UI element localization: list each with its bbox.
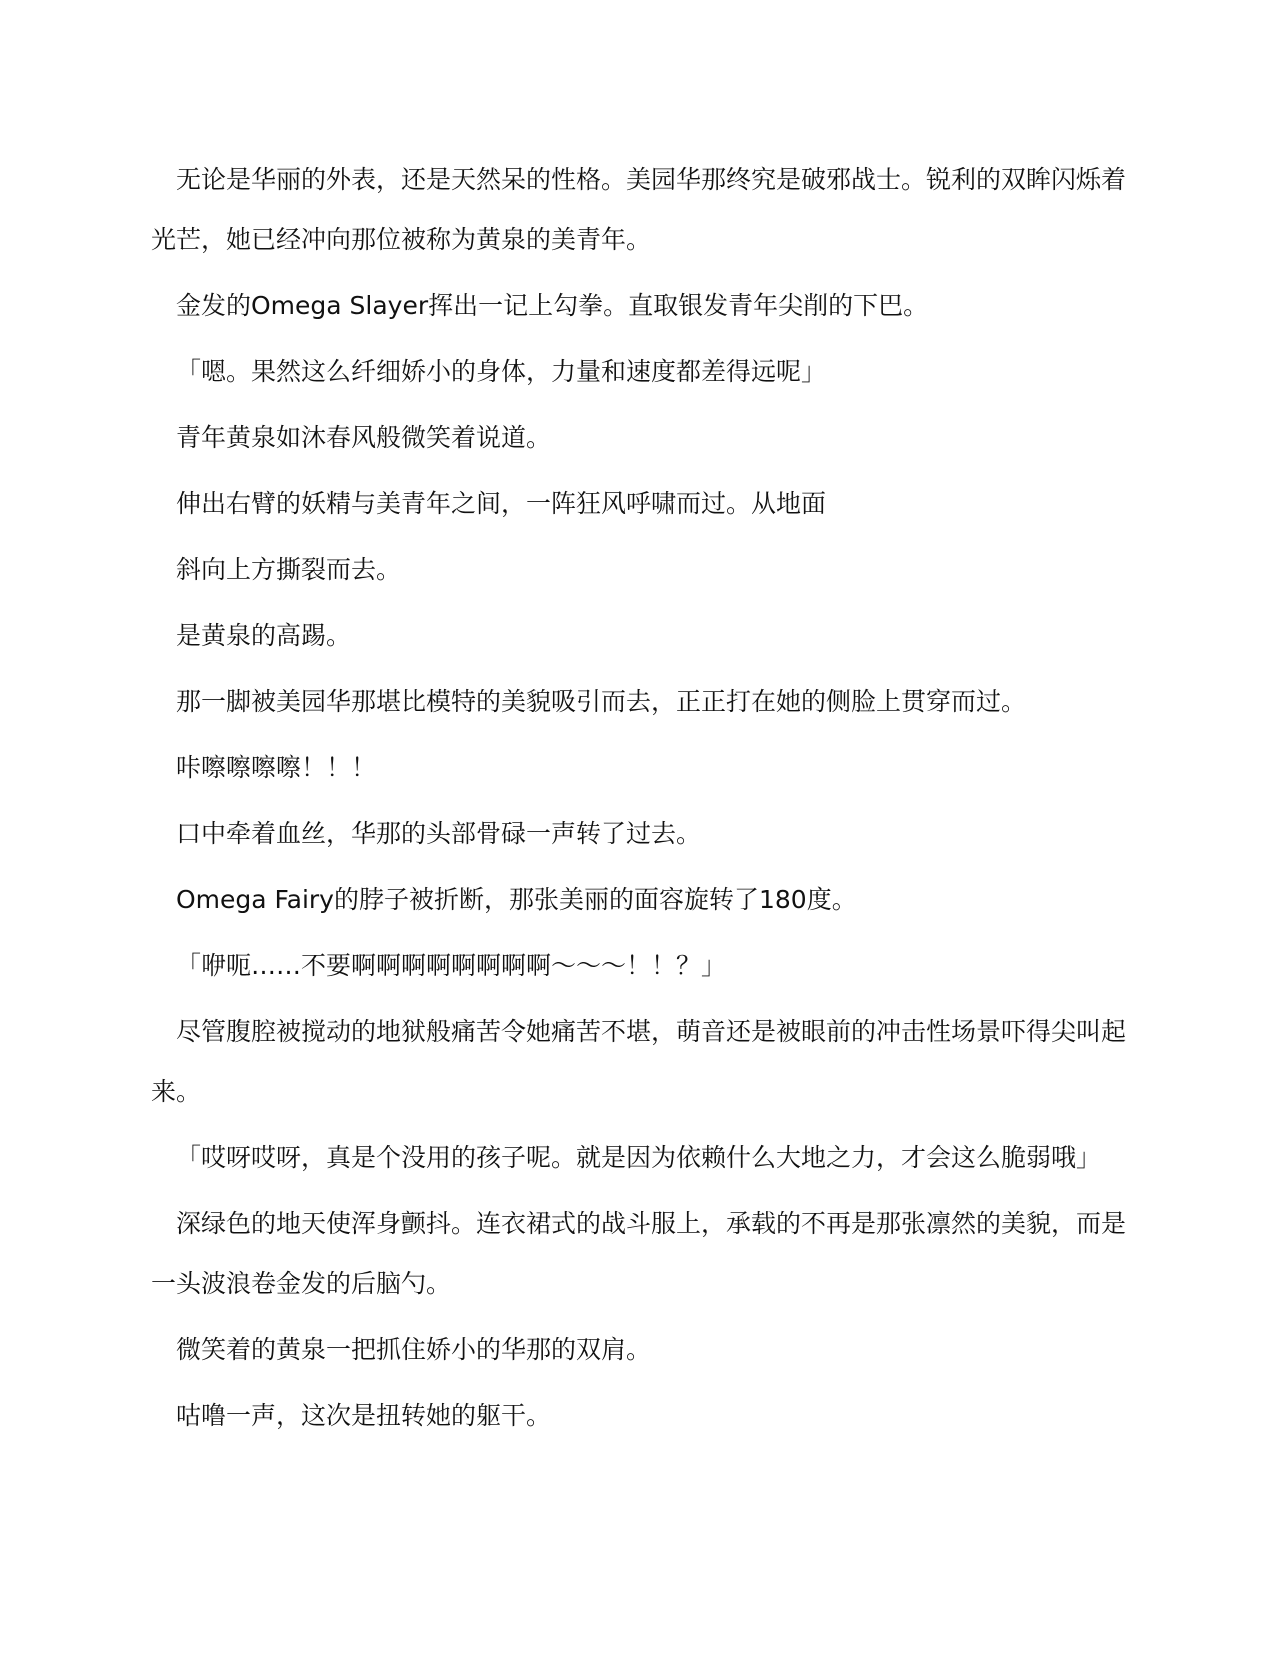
dialogue-paragraph: 「哎呀哎呀，真是个没用的孩子呢。就是因为依赖什么大地之力，才会这么脆弱哦」: [151, 1128, 1133, 1188]
paragraph: Omega Fairy的脖子被折断，那张美丽的面容旋转了180度。: [151, 870, 1133, 930]
paragraph: 咕噜一声，这次是扭转她的躯干。: [151, 1386, 1133, 1446]
sound-effect-paragraph: 咔嚓嚓嚓嚓！！！: [151, 738, 1133, 798]
dialogue-paragraph: 「嗯。果然这么纤细娇小的身体，力量和速度都差得远呢」: [151, 342, 1133, 402]
paragraph: 青年黄泉如沐春风般微笑着说道。: [151, 408, 1133, 468]
paragraph: 口中牵着血丝，华那的头部骨碌一声转了过去。: [151, 804, 1133, 864]
paragraph: 微笑着的黄泉一把抓住娇小的华那的双肩。: [151, 1320, 1133, 1380]
paragraph: 尽管腹腔被搅动的地狱般痛苦令她痛苦不堪，萌音还是被眼前的冲击性场景吓得尖叫起来。: [151, 1002, 1133, 1122]
paragraph: 是黄泉的高踢。: [151, 606, 1133, 666]
paragraph: 伸出右臂的妖精与美青年之间，一阵狂风呼啸而过。从地面: [151, 474, 1133, 534]
paragraph: 斜向上方撕裂而去。: [151, 540, 1133, 600]
document-page: 无论是华丽的外表，还是天然呆的性格。美园华那终究是破邪战士。锐利的双眸闪烁着光芒…: [151, 150, 1133, 1452]
paragraph: 那一脚被美园华那堪比模特的美貌吸引而去，正正打在她的侧脸上贯穿而过。: [151, 672, 1133, 732]
paragraph: 深绿色的地天使浑身颤抖。连衣裙式的战斗服上，承载的不再是那张凛然的美貌，而是一头…: [151, 1194, 1133, 1314]
paragraph: 金发的Omega Slayer挥出一记上勾拳。直取银发青年尖削的下巴。: [151, 276, 1133, 336]
dialogue-paragraph: 「咿呃……不要啊啊啊啊啊啊啊啊〜〜〜！！？」: [151, 936, 1133, 996]
paragraph: 无论是华丽的外表，还是天然呆的性格。美园华那终究是破邪战士。锐利的双眸闪烁着光芒…: [151, 150, 1133, 270]
